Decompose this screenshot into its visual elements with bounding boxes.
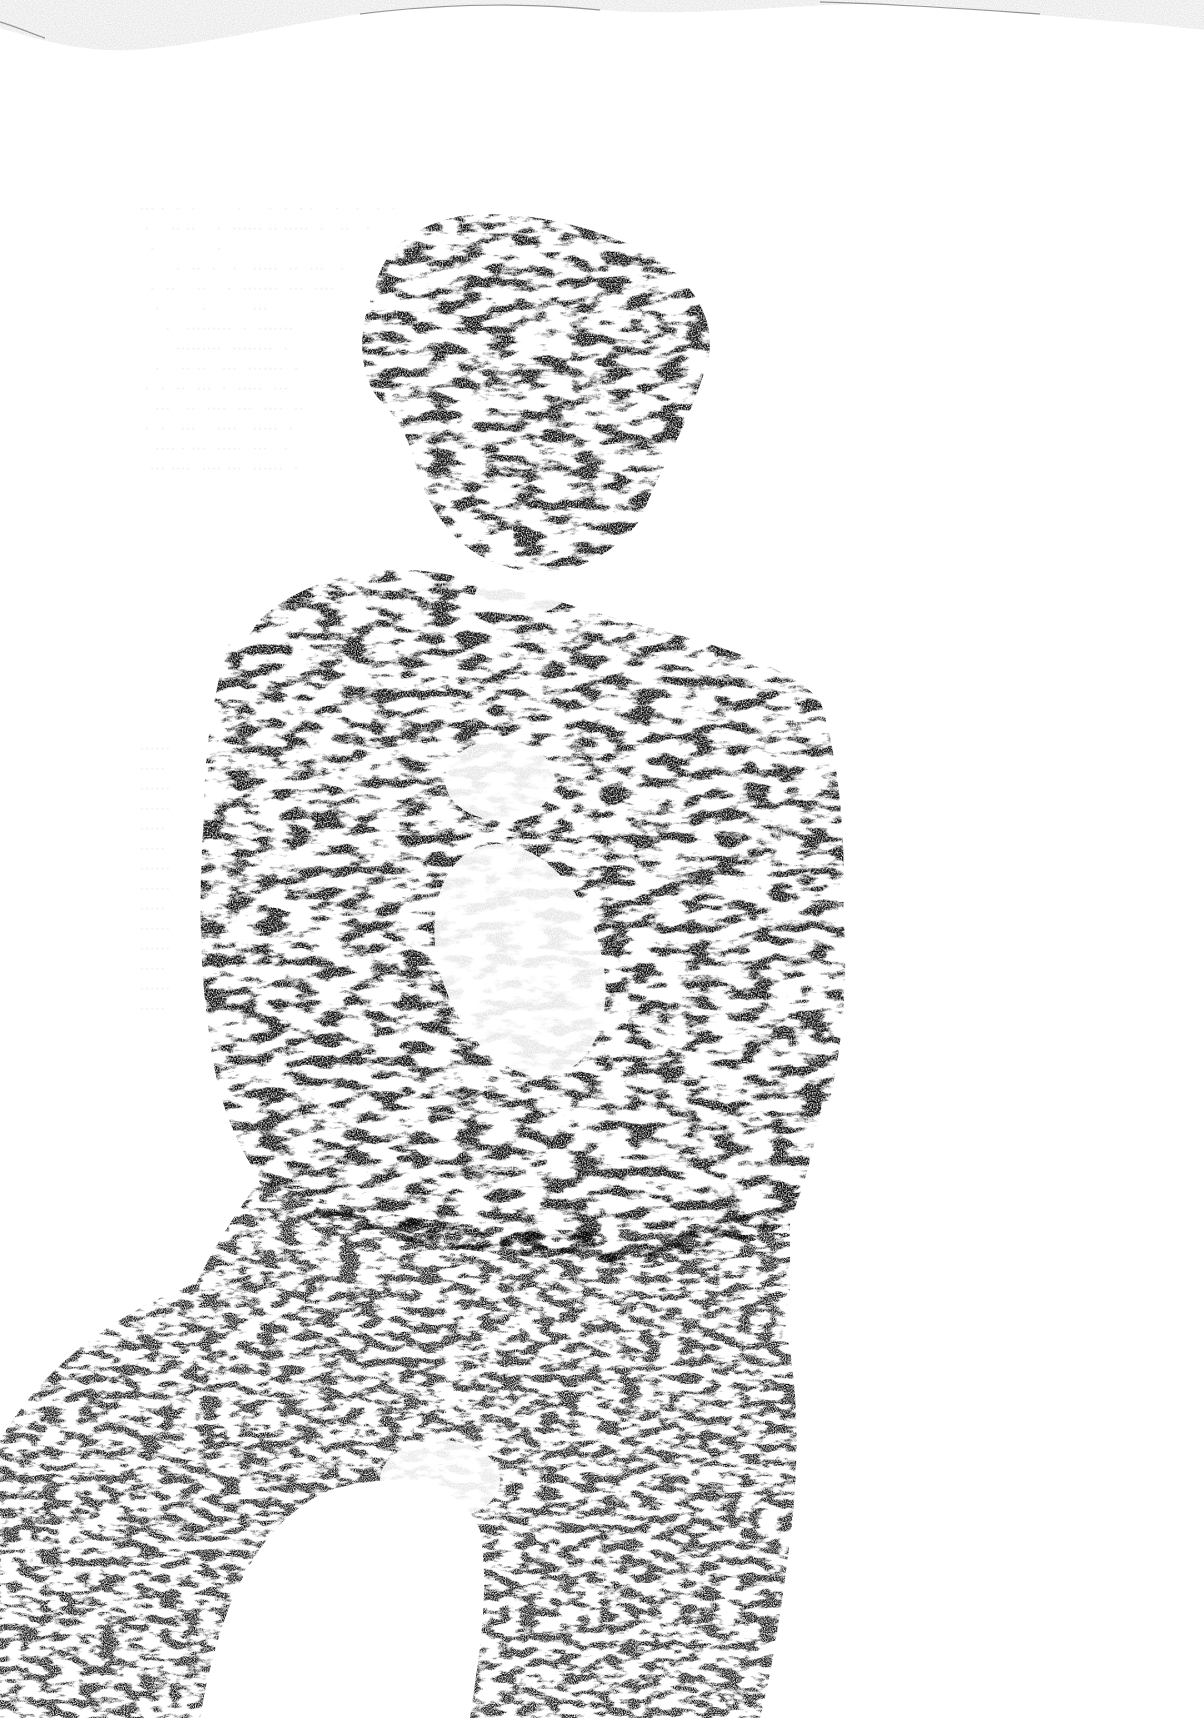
paper-sheet: ··· · · · · · · · · · · · · · ·· ·· · ··… (0, 0, 1204, 1718)
figure-print (0, 0, 1204, 1718)
figure-head (362, 214, 710, 572)
